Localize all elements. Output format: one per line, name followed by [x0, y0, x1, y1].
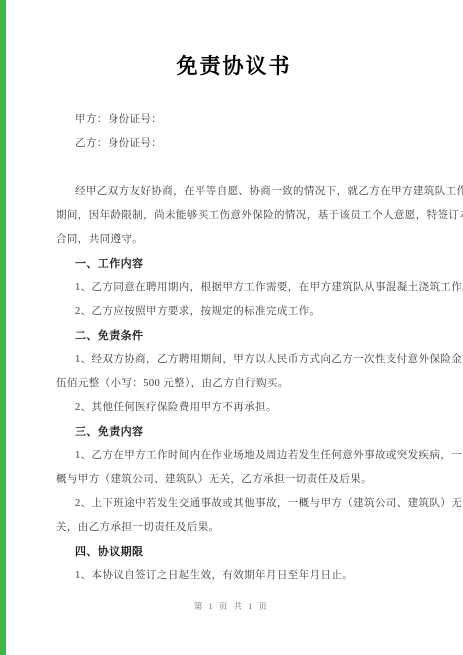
section-heading: 三、免责内容 [56, 420, 412, 444]
doc-line: 甲方：身份证号： [56, 108, 412, 132]
doc-line: 乙方：身份证号： [56, 132, 412, 156]
doc-line: 2、上下班途中若发生交通事故或其他事故，一概与甲方（建筑公司、建筑队）无 [56, 492, 412, 516]
document-body: 甲方：身份证号：乙方：身份证号：经甲乙双方友好协商，在平等自愿、协商一致的情况下… [56, 108, 412, 588]
doc-line: 概与甲方（建筑公司、建筑队）无关，乙方承担一切责任及后果。 [56, 468, 412, 492]
doc-line: 关，由乙方承担一切责任及后果。 [56, 516, 412, 540]
document-title: 免责协议书 [56, 50, 412, 80]
doc-line: 2、其他任何医疗保险费用甲方不再承担。 [56, 396, 412, 420]
doc-line: 1、本协议自签订之日起生效，有效期年月日至年月日止。 [56, 564, 412, 588]
section-heading: 四、协议期限 [56, 540, 412, 564]
doc-line: 1、经双方协商，乙方聘用期间，甲方以人民币方式向乙方一次性支付意外保险金 [56, 348, 412, 372]
section-heading: 一、工作内容 [56, 252, 412, 276]
document-page: 免责协议书 甲方：身份证号：乙方：身份证号：经甲乙双方友好协商，在平等自愿、协商… [0, 0, 463, 655]
doc-line: 期间，因年龄限制，尚未能够买工伤意外保险的情况，基于该员工个人意愿，特签订本 [56, 204, 412, 228]
page-number: 第 1 页 共 1 页 [0, 600, 463, 612]
doc-line: 1、乙方同意在聘用期内，根据甲方工作需要，在甲方建筑队从事混凝土浇筑工作。 [56, 276, 412, 300]
doc-line: 经甲乙双方友好协商，在平等自愿、协商一致的情况下，就乙方在甲方建筑队工作 [56, 180, 412, 204]
doc-line: 合同，共同遵守。 [56, 228, 412, 252]
doc-line: 1、乙方在甲方工作时间内在作业场地及周边若发生任何意外事故或突发疾病，一 [56, 444, 412, 468]
section-heading: 二、免责条件 [56, 324, 412, 348]
doc-line: 2、乙方应按照甲方要求，按规定的标准完成工作。 [56, 300, 412, 324]
left-accent-bar [0, 0, 6, 655]
document: 免责协议书 甲方：身份证号：乙方：身份证号：经甲乙双方友好协商，在平等自愿、协商… [56, 0, 412, 588]
doc-line: 伍佰元整（小写：500 元整），由乙方自行购买。 [56, 372, 412, 396]
